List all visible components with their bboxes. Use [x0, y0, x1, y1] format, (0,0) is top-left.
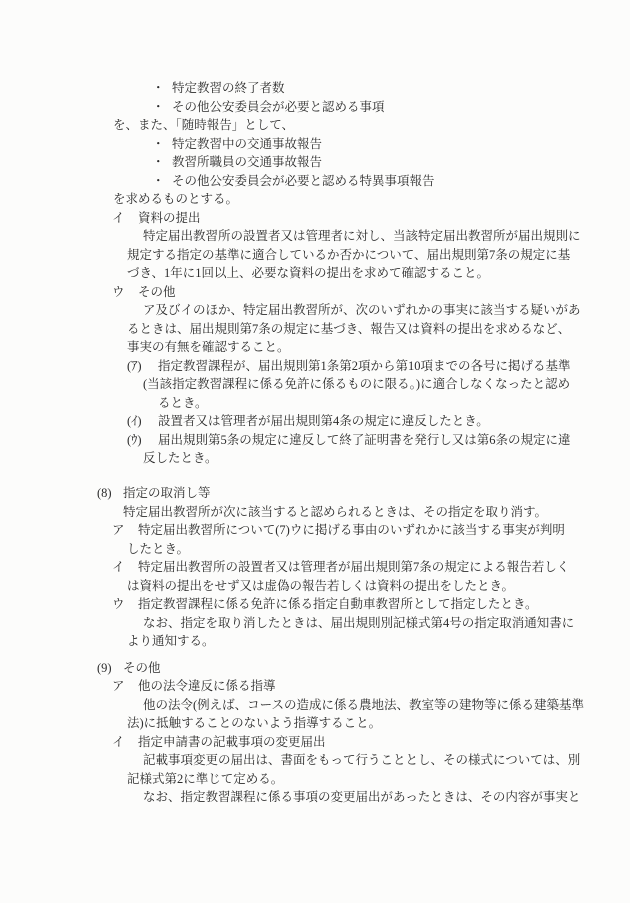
text-line: を、また、「随時報告」として、 — [113, 118, 294, 133]
line-text: なお、指定教習課程に係る事項の変更届出があったときは、その内容が事実と — [143, 790, 580, 804]
item-marker: (ｱ) — [127, 359, 158, 374]
text-line: るときは、届出規則第7条の規定に基づき、報告又は資料の提出を求めるなど、 — [127, 322, 570, 337]
bullet-line: ・特定教習の終了者数 — [152, 81, 285, 96]
line-text: したとき。 — [127, 542, 189, 556]
line-text: 特定教習の終了者数 — [172, 81, 285, 95]
text-line: 特定届出教習所の設置者又は管理者に対し、当該特定届出教習所が届出規則に — [143, 229, 581, 244]
bullet-marker: ・ — [152, 100, 172, 115]
line-text: 記様式第2に準じて定める。 — [127, 772, 283, 786]
text-line: なお、指定教習課程に係る事項の変更届出があったときは、その内容が事実と — [143, 790, 580, 805]
line-text: 指定教習課程に係る免許に係る指定自動車教習所として指定したとき。 — [138, 597, 538, 611]
document-page: ・特定教習の終了者数 ・その他公安委員会が必要と認める事項 を、また、「随時報告… — [0, 0, 630, 903]
bullet-marker: ・ — [152, 137, 172, 152]
line-text: 指定の取消し等 — [123, 486, 211, 500]
text-line: づき、1年に1回以上、必要な資料の提出を求めて確認すること。 — [127, 266, 489, 281]
line-text: なお、指定を取り消したときは、届出規則別記様式第4号の指定取消通知書に — [143, 616, 574, 630]
bullet-line: ・その他公安委員会が必要と認める事項 — [152, 100, 385, 115]
item-marker: イ — [112, 735, 138, 750]
text-line: 記様式第2に準じて定める。 — [127, 772, 283, 787]
text-line: (当該指定教習課程に係る免許に係るものに限る。)に適合しなくなったと認め — [143, 377, 570, 392]
section-marker: (9) — [97, 661, 123, 676]
line-text: るとき。 — [158, 396, 208, 410]
line-text: 指定申請書の記載事項の変更届出 — [138, 735, 326, 749]
text-line: るとき。 — [158, 396, 208, 411]
line-text: 規定する指定の基準に適合しているか否かについて、届出規則第7条の規定に基 — [127, 248, 570, 262]
section-line: (9)その他 — [97, 661, 161, 676]
line-text: 他の法令違反に係る指導 — [138, 679, 276, 693]
section-marker: (8) — [97, 486, 123, 501]
text-line: 事実の有無を確認すること。 — [127, 340, 290, 355]
bullet-line: ・特定教習中の交通事故報告 — [152, 137, 322, 152]
line-text: 届出規則第5条の規定に違反して終了証明書を発行し又は第6条の規定に違 — [158, 433, 571, 447]
line-text: (当該指定教習課程に係る免許に係るものに限る。)に適合しなくなったと認め — [143, 377, 570, 391]
text-line: 特定届出教習所が次に該当すると認められるときは、その指定を取り消す。 — [123, 505, 547, 520]
line-text: 特定届出教習所の設置者又は管理者が届出規則第7条の規定による報告若しく — [138, 560, 569, 574]
text-line: は資料の提出をせず又は虚偽の報告若しくは資料の提出をしたとき。 — [127, 579, 514, 594]
text-line: 法)に抵触することのないよう指導すること。 — [127, 716, 381, 731]
item-line: (ｳ)届出規則第5条の規定に違反して終了証明書を発行し又は第6条の規定に違 — [127, 433, 571, 448]
line-text: その他 — [138, 285, 176, 299]
item-line: イ指定申請書の記載事項の変更届出 — [112, 735, 326, 750]
line-text: 他の法令(例えば、コースの造成に係る農地法、教室等の建物等に係る建築基準 — [143, 698, 584, 712]
text-line: したとき。 — [127, 542, 189, 557]
line-text: 特定届出教習所が次に該当すると認められるときは、その指定を取り消す。 — [123, 505, 547, 519]
text-line: 他の法令(例えば、コースの造成に係る農地法、教室等の建物等に係る建築基準 — [143, 698, 584, 713]
item-line: イ特定届出教習所の設置者又は管理者が届出規則第7条の規定による報告若しく — [112, 560, 569, 575]
line-text: を、また、「随時報告」として、 — [113, 118, 294, 132]
bullet-marker: ・ — [152, 155, 172, 170]
text-line: より通知する。 — [127, 634, 215, 649]
text-line: なお、指定を取り消したときは、届出規則別記様式第4号の指定取消通知書に — [143, 616, 574, 631]
section-line: (8)指定の取消し等 — [97, 486, 211, 501]
item-line: ウその他 — [112, 285, 176, 300]
item-marker: ウ — [112, 597, 138, 612]
bullet-marker: ・ — [152, 174, 172, 189]
text-line: を求めるものとする。 — [113, 192, 238, 207]
item-line: (ｱ)指定教習課程が、届出規則第1条第2項から第10項までの各号に掲げる基準 — [127, 359, 571, 374]
bullet-marker: ・ — [152, 81, 172, 96]
text-line: 反したとき。 — [143, 451, 218, 466]
line-text: 設置者又は管理者が届出規則第4条の規定に違反したとき。 — [158, 414, 489, 428]
line-text: 事実の有無を確認すること。 — [127, 340, 290, 354]
line-text: を求めるものとする。 — [113, 192, 238, 206]
bullet-line: ・その他公安委員会が必要と認める特異事項報告 — [152, 174, 435, 189]
item-marker: ア — [112, 679, 138, 694]
item-line: ア他の法令違反に係る指導 — [112, 679, 276, 694]
item-marker: イ — [112, 560, 138, 575]
line-text: づき、1年に1回以上、必要な資料の提出を求めて確認すること。 — [127, 266, 489, 280]
line-text: は資料の提出をせず又は虚偽の報告若しくは資料の提出をしたとき。 — [127, 579, 514, 593]
line-text: 資料の提出 — [138, 211, 201, 225]
line-text: より通知する。 — [127, 634, 215, 648]
line-text: その他公安委員会が必要と認める特異事項報告 — [172, 174, 435, 188]
item-line: イ資料の提出 — [112, 211, 201, 226]
line-text: 特定届出教習所の設置者又は管理者に対し、当該特定届出教習所が届出規則に — [143, 229, 581, 243]
text-line: 記載事項変更の届出は、書面をもって行うこととし、その様式については、別 — [143, 753, 580, 768]
line-text: 教習所職員の交通事故報告 — [172, 155, 322, 169]
item-marker: ウ — [112, 285, 138, 300]
text-line: 規定する指定の基準に適合しているか否かについて、届出規則第7条の規定に基 — [127, 248, 570, 263]
line-text: 記載事項変更の届出は、書面をもって行うこととし、その様式については、別 — [143, 753, 580, 767]
item-marker: (ｳ) — [127, 433, 158, 448]
line-text: その他公安委員会が必要と認める事項 — [172, 100, 385, 114]
item-line: ア特定届出教習所について(7)ウに掲げる事由のいずれかに該当する事実が判明 — [112, 523, 565, 538]
bullet-line: ・教習所職員の交通事故報告 — [152, 155, 322, 170]
line-text: その他 — [123, 661, 161, 675]
line-text: 特定教習中の交通事故報告 — [172, 137, 322, 151]
item-line: (ｲ)設置者又は管理者が届出規則第4条の規定に違反したとき。 — [127, 414, 489, 429]
line-text: 法)に抵触することのないよう指導すること。 — [127, 716, 381, 730]
item-marker: (ｲ) — [127, 414, 158, 429]
line-text: 反したとき。 — [143, 451, 218, 465]
text-line: ア及びイのほか、特定届出教習所が、次のいずれかの事実に該当する疑いがあ — [143, 303, 581, 318]
line-text: 指定教習課程が、届出規則第1条第2項から第10項までの各号に掲げる基準 — [158, 359, 571, 373]
line-text: ア及びイのほか、特定届出教習所が、次のいずれかの事実に該当する疑いがあ — [143, 303, 581, 317]
item-marker: ア — [112, 523, 138, 538]
line-text: るときは、届出規則第7条の規定に基づき、報告又は資料の提出を求めるなど、 — [127, 322, 570, 336]
item-marker: イ — [112, 211, 138, 226]
line-text: 特定届出教習所について(7)ウに掲げる事由のいずれかに該当する事実が判明 — [138, 523, 565, 537]
item-line: ウ指定教習課程に係る免許に係る指定自動車教習所として指定したとき。 — [112, 597, 538, 612]
